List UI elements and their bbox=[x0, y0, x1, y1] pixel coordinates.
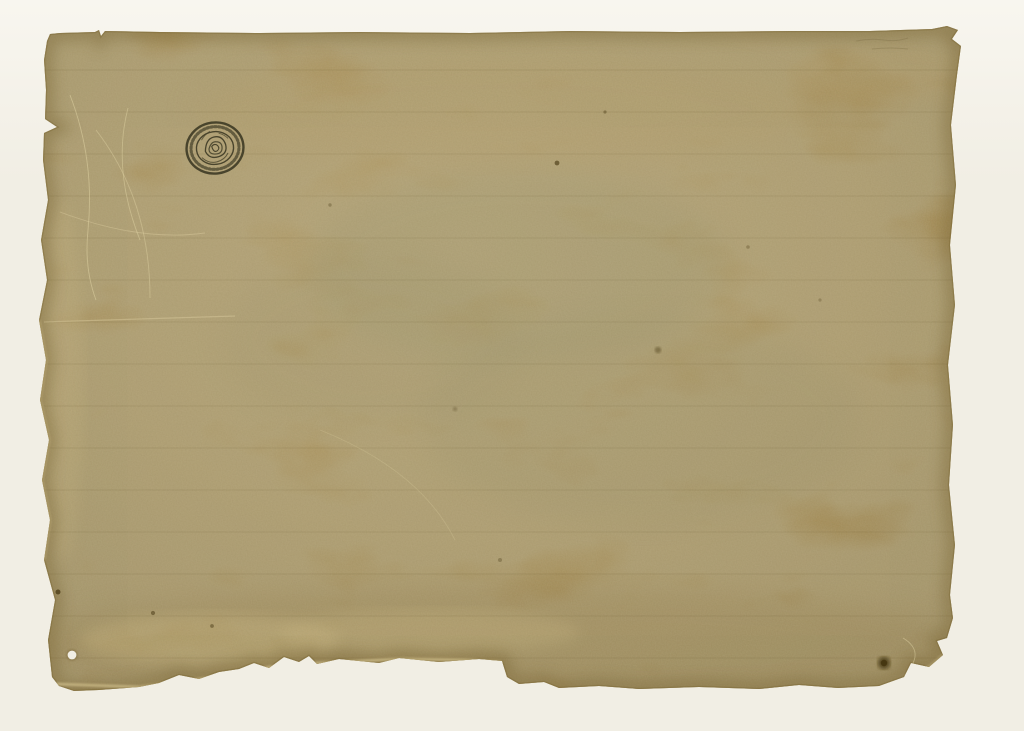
foxing-spot bbox=[818, 298, 821, 301]
foxing-spot bbox=[498, 558, 502, 562]
foxing-spot bbox=[746, 245, 750, 249]
foxing-spot bbox=[453, 407, 457, 411]
foxing-spot bbox=[210, 624, 214, 628]
foxing-spot bbox=[655, 347, 661, 353]
photo-canvas bbox=[0, 0, 1024, 731]
scanned-paper-image bbox=[0, 0, 1024, 731]
foxing-spot bbox=[56, 590, 61, 595]
foxing-spot bbox=[328, 203, 331, 206]
paper-grain-light bbox=[30, 20, 975, 705]
foxing-spot bbox=[881, 660, 887, 666]
paper-sheet bbox=[30, 20, 975, 705]
foxing-spot bbox=[555, 161, 560, 166]
foxing-spot bbox=[151, 611, 155, 615]
foxing-spot bbox=[603, 110, 606, 113]
worm-hole bbox=[66, 649, 77, 660]
